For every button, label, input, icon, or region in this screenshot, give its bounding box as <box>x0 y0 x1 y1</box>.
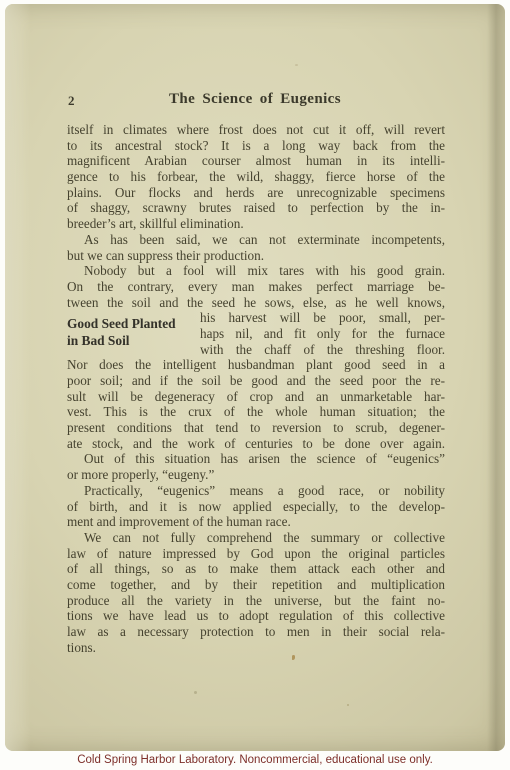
body-line: sult will be degeneracy of crop and an u… <box>67 389 445 405</box>
sidehead-wrapped-text: his harvest will be poor, small, per-hap… <box>200 310 445 357</box>
paper-speck <box>292 655 295 660</box>
body-line: with the chaff of the threshing floor. <box>200 342 445 358</box>
body-line: plains. Our flocks and herds are unrecog… <box>67 185 445 201</box>
body-line: tween the soil and the seed he sows, els… <box>67 295 445 311</box>
body-line: law of nature impressed by God upon the … <box>67 546 445 562</box>
body-line: haps nil, and fit only for the furnace <box>200 326 445 342</box>
sidehead-row: Good Seed Planted in Bad Soil his harves… <box>67 310 445 357</box>
body-line: itself in climates where frost does not … <box>67 122 445 138</box>
body-line: of shaggy, scrawny brutes raised to perf… <box>67 200 445 216</box>
body-line: breeder’s art, skillful elimination. <box>67 216 445 232</box>
body-line: gence to his forbear, the wild, shaggy, … <box>67 169 445 185</box>
page-stage: 2 The Science of Eugenics itself in clim… <box>0 0 510 770</box>
body-line: Out of this situation has arisen the sci… <box>67 451 445 467</box>
body-line: present conditions that tend to reversio… <box>67 420 445 436</box>
running-head: The Science of Eugenics <box>5 91 505 108</box>
paragraph-lines: Nor does the intelligent husbandman plan… <box>67 357 445 655</box>
body-line: Practically, “eugenics” means a good rac… <box>67 483 445 499</box>
scanned-page: 2 The Science of Eugenics itself in clim… <box>5 4 505 751</box>
body-line: to its ancestral stock? It is a long way… <box>67 138 445 154</box>
body-line: Nor does the intelligent husbandman plan… <box>67 357 445 373</box>
body-line: ate stock, and the work of centuries to … <box>67 436 445 452</box>
paper-speck <box>194 691 197 694</box>
body-line: vest. This is the crux of the whole huma… <box>67 404 445 420</box>
body-line: come together, and by their repetition a… <box>67 577 445 593</box>
body-line: poor soil; and if the soil be good and t… <box>67 373 445 389</box>
body-line: Nobody but a fool will mix tares with hi… <box>67 263 445 279</box>
sidehead: Good Seed Planted in Bad Soil <box>67 310 200 357</box>
body-line: magnificent Arabian courser almost human… <box>67 153 445 169</box>
body-line: We can not fully comprehend the summary … <box>67 530 445 546</box>
body-line: but we can suppress their production. <box>67 248 445 264</box>
body-line: his harvest will be poor, small, per- <box>200 310 445 326</box>
sidehead-line: in Bad Soil <box>67 333 200 349</box>
body-line: law as a necessary protection to men in … <box>67 624 445 640</box>
body-line: As has been said, we can not exterminate… <box>67 232 445 248</box>
paper-speck <box>295 64 298 66</box>
body-line: ment and improvement of the human race. <box>67 514 445 530</box>
body-line: of birth, and it is now applied especial… <box>67 499 445 515</box>
body-line: or more properly, “eugeny.” <box>67 467 445 483</box>
body-line: tions. <box>67 640 445 656</box>
body-line: On the contrary, every man makes perfect… <box>67 279 445 295</box>
body-line: produce all the variety in the universe,… <box>67 593 445 609</box>
sidehead-line: Good Seed Planted <box>67 316 200 332</box>
paragraph-lines: itself in climates where frost does not … <box>67 122 445 310</box>
paper-speck <box>347 704 349 706</box>
body-text: itself in climates where frost does not … <box>67 122 445 655</box>
usage-caption: Cold Spring Harbor Laboratory. Noncommer… <box>0 754 510 766</box>
body-line: tions we have lead us to adopt regulatio… <box>67 608 445 624</box>
body-line: of all things, so as to make them attack… <box>67 561 445 577</box>
